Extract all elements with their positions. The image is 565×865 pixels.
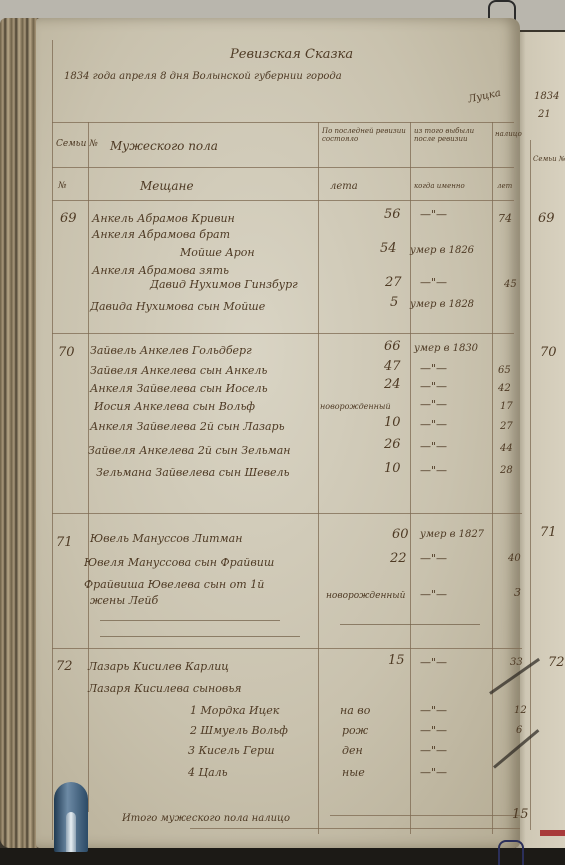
person-now-age: 65 xyxy=(498,364,511,377)
header-bottom-rule xyxy=(52,200,514,201)
blank-dash xyxy=(340,624,480,625)
family-70-bottom-rule xyxy=(52,513,522,514)
blank-dash xyxy=(100,620,280,621)
header-family-no: Семьи № xyxy=(56,138,98,151)
person-name: Зайвеля Анкелева 2й сын Зельман xyxy=(88,444,291,457)
age-column-rule xyxy=(410,122,411,834)
person-age: 5 xyxy=(390,296,398,309)
header-prev-revision-sub: лета xyxy=(330,180,358,193)
person-age: 56 xyxy=(384,208,401,221)
person-status: —"— xyxy=(420,362,447,375)
person-status: —"— xyxy=(420,418,447,431)
person-status: умер в 1830 xyxy=(414,342,478,355)
person-name: Зайвеля Анкелева сын Анкель xyxy=(90,364,267,377)
person-status: —"— xyxy=(420,440,447,453)
newborn-note: ден xyxy=(342,744,363,757)
person-now-age: 45 xyxy=(504,278,517,291)
person-age: 54 xyxy=(380,242,397,255)
family-69-bottom-rule xyxy=(52,333,514,334)
person-name: Анкеля Зайвелева 2й сын Лазарь xyxy=(90,420,285,433)
blank-dash xyxy=(100,636,300,637)
binder-clip-foreground xyxy=(54,782,88,852)
person-age: новорожденный xyxy=(326,590,405,603)
header-names: Мещане xyxy=(140,180,194,193)
person-age: 27 xyxy=(385,276,402,289)
person-age: 22 xyxy=(390,552,407,565)
person-status: —"— xyxy=(420,588,447,601)
person-status: умер в 1828 xyxy=(410,298,474,311)
person-now-age: 42 xyxy=(498,382,511,395)
person-status: умер в 1826 xyxy=(410,244,474,257)
header-since-revision-sub: когда именно xyxy=(414,182,465,190)
person-name: Лазаря Кисилева сыновья xyxy=(88,682,242,695)
facing-page-column-rule xyxy=(530,140,531,830)
person-age: новорожденный xyxy=(320,400,391,413)
total-rule-bottom xyxy=(190,828,520,829)
binder-clip-bottom xyxy=(498,840,524,865)
person-age: 10 xyxy=(384,416,401,429)
person-status: —"— xyxy=(420,208,447,221)
person-age: 60 xyxy=(392,528,409,541)
person-age: 24 xyxy=(384,378,401,391)
person-name: Анкеля Абрамова брат xyxy=(92,228,230,241)
person-now-age: 74 xyxy=(498,212,512,225)
facing-page-year: 1834 xyxy=(534,90,559,103)
person-status: умер в 1827 xyxy=(420,528,484,541)
person-now-age: 40 xyxy=(508,552,521,565)
person-name: Фрайвиша Ювелева сын от 1й xyxy=(84,578,264,591)
person-name: Анкеля Зайвелева сын Иосель xyxy=(90,382,268,395)
status-column-rule xyxy=(492,122,493,834)
person-now-age: 33 xyxy=(510,656,523,669)
person-age: 66 xyxy=(384,340,401,353)
person-name: жены Лейб xyxy=(90,594,158,607)
person-name: Ювеля Мануссова сын Фрайвиш xyxy=(84,556,274,569)
person-age: 15 xyxy=(388,654,405,667)
person-name: Давида Нухимова сын Мойше xyxy=(90,300,265,313)
person-status: —"— xyxy=(420,380,447,393)
header-since-revision: из того выбыли после ревизии xyxy=(414,127,490,143)
header-mid-rule xyxy=(52,167,514,168)
person-name: Зельмана Зайвелева сын Шевель xyxy=(96,466,290,479)
person-age: 10 xyxy=(384,462,401,475)
person-now-age: 44 xyxy=(500,442,513,455)
person-name: 4 Цаль xyxy=(188,766,228,779)
person-status: —"— xyxy=(420,766,447,779)
person-age: 47 xyxy=(384,360,401,373)
family-71-bottom-rule xyxy=(52,648,522,649)
header-top-rule xyxy=(52,122,514,123)
family-number: 69 xyxy=(60,212,77,225)
person-name: 2 Шмуель Вольф xyxy=(190,724,288,737)
person-name: Анкеля Абрамова зять xyxy=(92,264,229,277)
person-name: Ювель Мануссов Литман xyxy=(90,532,242,545)
person-status: —"— xyxy=(420,704,447,717)
person-now-age: 28 xyxy=(500,464,513,477)
family-number: 71 xyxy=(56,536,73,549)
left-margin-rule xyxy=(52,40,53,840)
person-name: 3 Кисель Герш xyxy=(188,744,275,757)
person-name: 1 Мордка Ицек xyxy=(190,704,279,717)
facing-family-number: 70 xyxy=(540,346,557,359)
header-now: налицо xyxy=(495,130,522,138)
facing-family-number: 69 xyxy=(538,212,555,225)
newborn-note: рож xyxy=(342,724,368,737)
total-label: Итого мужеского пола налицо xyxy=(122,812,290,825)
facing-family-number: 72 xyxy=(548,656,565,669)
person-name: Иосия Анкелева сын Вольф xyxy=(94,400,255,413)
facing-header-family: Семьи № xyxy=(533,155,565,163)
person-name: Анкель Абрамов Кривин xyxy=(92,212,235,225)
header-now-sub: лет xyxy=(497,182,512,190)
person-now-age: 17 xyxy=(500,400,513,413)
person-status: —"— xyxy=(420,656,447,669)
person-status: —"— xyxy=(420,724,447,737)
person-now-age: 12 xyxy=(514,704,527,717)
person-status: —"— xyxy=(420,552,447,565)
person-name: Зайвель Анкелев Гольдберг xyxy=(90,344,252,357)
family-number: 70 xyxy=(58,346,75,359)
facing-family-number: 71 xyxy=(540,526,557,539)
person-now-age: 6 xyxy=(516,724,522,737)
person-status: —"— xyxy=(420,398,447,411)
names-column-rule xyxy=(318,122,319,834)
facing-page-number: 21 xyxy=(538,108,551,121)
document-subtitle: 1834 года апреля 8 дня Волынской губерни… xyxy=(64,70,342,83)
red-page-edge xyxy=(540,830,565,836)
family-number: 72 xyxy=(56,660,73,673)
header-male-sex: Мужеского пола xyxy=(110,140,218,153)
newborn-note: на во xyxy=(340,704,370,717)
person-status: —"— xyxy=(420,276,447,289)
family-no-column-rule xyxy=(88,122,89,812)
person-name: Мойше Арон xyxy=(180,246,255,259)
person-name: Лазарь Кисилев Карлиц xyxy=(88,660,229,673)
person-status: —"— xyxy=(420,744,447,757)
person-age: 26 xyxy=(384,438,401,451)
header-prev-revision: По последней ревизии состояло xyxy=(322,127,408,143)
total-value: 15 xyxy=(512,808,529,821)
person-status: —"— xyxy=(420,464,447,477)
document-title: Ревизская Сказка xyxy=(230,48,353,61)
person-name: Давид Нухимов Гинзбург xyxy=(150,278,298,291)
person-now-age: 3 xyxy=(514,586,521,599)
newborn-note: ные xyxy=(342,766,365,779)
person-now-age: 27 xyxy=(500,420,513,433)
